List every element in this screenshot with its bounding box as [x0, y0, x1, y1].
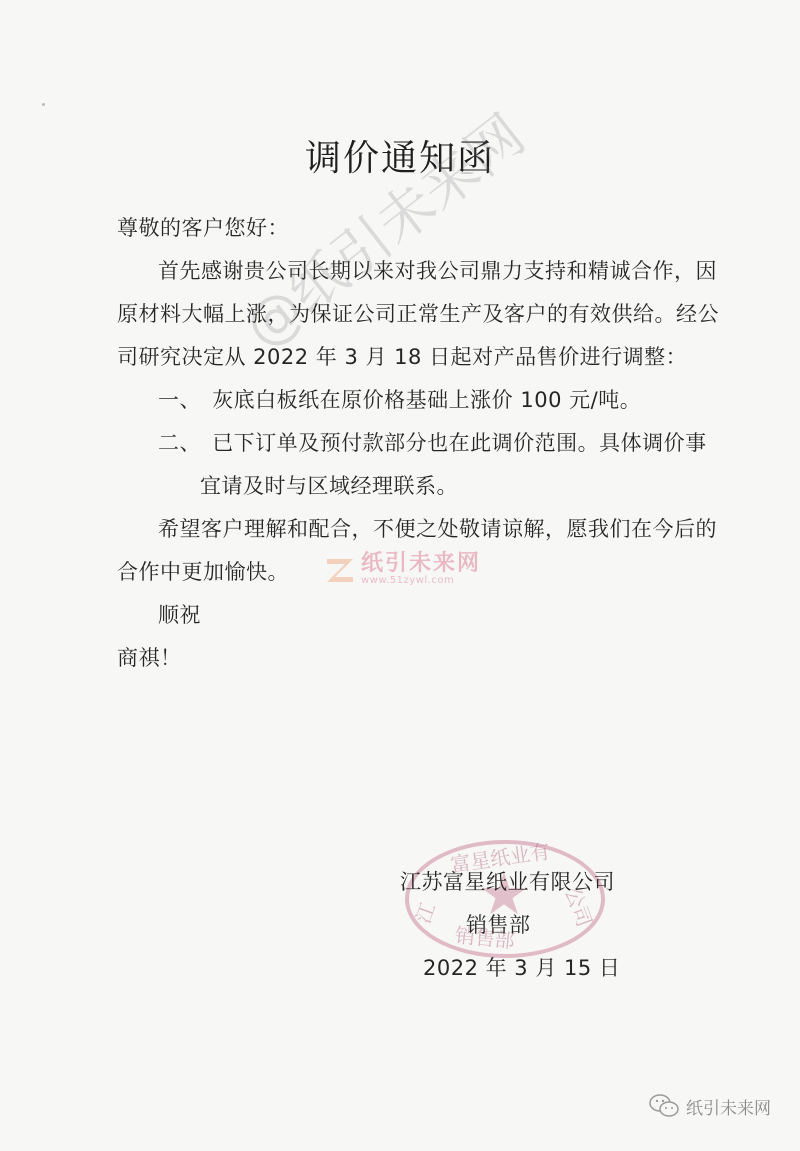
- list-item-number: 二、: [158, 431, 201, 455]
- regards-line-1: 顺祝: [158, 599, 201, 629]
- body-line-2: 原材料大幅上涨，为保证公司正常生产及客户的有效供给。经公: [117, 298, 719, 328]
- salutation: 尊敬的客户您好：: [117, 212, 289, 242]
- watermark-url: www.51zywl.com: [361, 576, 481, 586]
- logo-watermark: 纸引未来网 www.51zywl.com: [325, 553, 481, 586]
- signature-date: 2022 年 3 月 15 日: [423, 952, 620, 982]
- document-title: 调价通知函: [0, 130, 800, 181]
- closing-line-1: 希望客户理解和配合，不便之处敬请谅解，愿我们在今后的: [158, 513, 717, 543]
- watermark-name: 纸引未来网: [361, 553, 481, 575]
- list-item-number: 一、: [158, 388, 201, 412]
- wechat-account-footer: 纸引未来网: [648, 1093, 771, 1119]
- z-logo-icon: [325, 555, 355, 585]
- list-item-1: 一、 灰底白板纸在原价格基础上涨价 100 元/吨。: [158, 384, 641, 414]
- body-line-3: 司研究决定从 2022 年 3 月 18 日起对产品售价进行调整：: [117, 341, 687, 371]
- list-item-2-continuation: 宜请及时与区域经理联系。: [200, 470, 458, 500]
- signature-department: 销售部: [466, 909, 531, 939]
- document-page: 调价通知函 尊敬的客户您好： 首先感谢贵公司长期以来对我公司鼎力支持和精诚合作，…: [0, 0, 800, 1151]
- wechat-icon: [648, 1093, 680, 1119]
- closing-line-2: 合作中更加愉快。: [117, 556, 289, 586]
- scan-speck: [42, 103, 45, 106]
- signature-company: 江苏富星纸业有限公司: [400, 866, 615, 896]
- body-line-1: 首先感谢贵公司长期以来对我公司鼎力支持和精诚合作，因: [158, 255, 717, 285]
- list-item-2: 二、 已下订单及预付款部分也在此调价范围。具体调价事: [158, 427, 707, 457]
- list-item-text: 灰底白板纸在原价格基础上涨价 100 元/吨。: [212, 388, 641, 412]
- account-name: 纸引未来网: [686, 1094, 771, 1119]
- regards-line-2: 商祺！: [117, 642, 182, 672]
- list-item-text: 已下订单及预付款部分也在此调价范围。具体调价事: [212, 431, 707, 455]
